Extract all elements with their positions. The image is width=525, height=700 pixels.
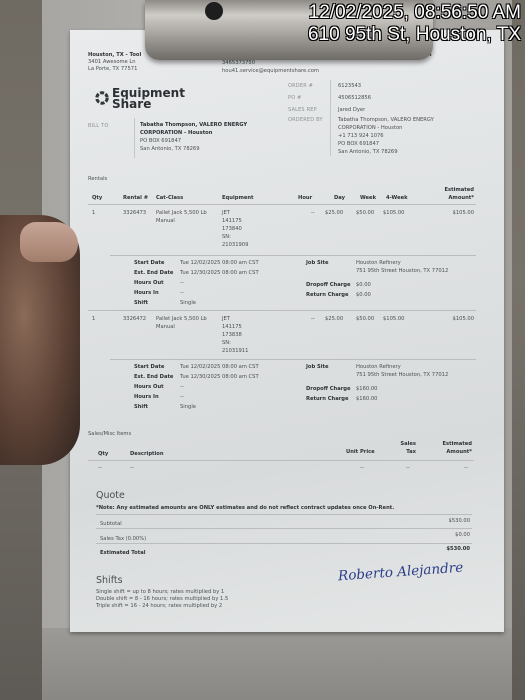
rental-equipment: 21031909 xyxy=(222,242,248,249)
col-sales-tax: Sales xyxy=(386,441,416,448)
end-date-label: Est. End Date xyxy=(134,374,173,381)
rental-equipment: 21031911 xyxy=(222,348,248,355)
hours-out-value: -- xyxy=(180,384,184,391)
shifts-title: Shifts xyxy=(96,575,123,586)
col-equipment: Equipment xyxy=(222,195,254,202)
gear-icon xyxy=(94,90,110,106)
col-rental-number: Rental # xyxy=(123,195,148,202)
start-date-label: Start Date xyxy=(134,364,164,371)
hours-out-value: -- xyxy=(180,280,184,287)
misc-unit-price: -- xyxy=(360,465,364,472)
misc-amount: -- xyxy=(464,465,468,472)
rental-amount: $105.00 xyxy=(430,210,474,217)
bill-to-label: BILL TO xyxy=(88,123,108,129)
dropoff-charge-label: Dropoff Charge xyxy=(306,282,351,289)
hours-in-value: -- xyxy=(180,290,184,297)
dropoff-charge-value: $160.00 xyxy=(356,386,377,393)
photo-timestamp: 12/02/2025, 08:56:50 AM xyxy=(308,2,521,24)
job-site-name: Houston Refinery xyxy=(356,260,401,267)
col-estimated-amount: Amount* xyxy=(430,195,474,202)
photo-location: 610 95th St, Houston, TX xyxy=(308,24,521,46)
start-date-label: Start Date xyxy=(134,260,164,267)
thumb xyxy=(20,222,78,262)
bill-to-address1: PO BOX 691847 xyxy=(140,138,181,145)
shift-rule: Single shift = up to 8 hours; rates mult… xyxy=(96,589,224,596)
hours-in-label: Hours In xyxy=(134,394,159,401)
sales-misc-section-title: Sales/Misc Items xyxy=(88,431,131,438)
branch-phone: 3465373750 xyxy=(222,60,255,67)
bill-to-name: Tabatha Thompson, VALERO ENERGY xyxy=(140,122,247,129)
rentals-section-title: Rentals xyxy=(88,176,107,183)
branch-email: hou41.service@equipmentshare.com xyxy=(222,68,319,75)
col-qty: Qty xyxy=(92,195,102,202)
shift-rule: Double shift = 8 - 16 hours; rates multi… xyxy=(96,596,228,603)
return-charge-label: Return Charge xyxy=(306,396,349,403)
shift-value: Single xyxy=(180,404,196,411)
subtotal-label: Subtotal xyxy=(100,521,122,528)
misc-description: -- xyxy=(130,465,134,472)
rental-week-rate: $50.00 xyxy=(356,316,374,323)
subtotal-value: $530.00 xyxy=(410,518,470,525)
po-label: PO # xyxy=(288,95,302,101)
order-number: 6123543 xyxy=(338,83,361,90)
job-site-name: Houston Refinery xyxy=(356,364,401,371)
branch-address1: 3401 Awesome Ln xyxy=(88,59,136,66)
rental-equipment: 141175 xyxy=(222,218,242,225)
col-estimated-amount: Amount* xyxy=(426,449,472,456)
col-estimated-amount: Estimated xyxy=(430,187,474,194)
rental-amount: $105.00 xyxy=(430,316,474,323)
rental-equipment: JET xyxy=(222,210,230,217)
quote-title: Quote xyxy=(96,490,125,501)
start-date-value: Tue 12/02/2025 08:00 am CST xyxy=(180,260,259,267)
rental-equipment: 173838 xyxy=(222,332,242,339)
rental-number: 3326472 xyxy=(123,316,146,323)
sales-tax-value: $0.00 xyxy=(410,532,470,539)
misc-qty: -- xyxy=(98,465,102,472)
estimated-total-label: Estimated Total xyxy=(100,550,145,557)
ordered-by-line: +1 713 924 1076 xyxy=(338,133,384,140)
shift-label: Shift xyxy=(134,404,148,411)
bill-to-name: CORPORATION - Houston xyxy=(140,130,212,137)
bill-to-address2: San Antonio, TX 78269 xyxy=(140,146,200,153)
rental-equipment: SN: xyxy=(222,234,231,241)
rental-equipment: 141175 xyxy=(222,324,242,331)
ordered-by-line: San Antonio, TX 78269 xyxy=(338,149,398,156)
misc-tax: -- xyxy=(406,465,410,472)
ordered-by-line: PO BOX 691847 xyxy=(338,141,379,148)
rental-hour-rate: -- xyxy=(311,210,315,217)
return-charge-value: $160.00 xyxy=(356,396,377,403)
rental-day-rate: $25.00 xyxy=(325,316,343,323)
rental-cat-class: Pallet Jack 5,500 Lb xyxy=(156,316,207,323)
col-estimated-amount: Estimated xyxy=(426,441,472,448)
col-4-week: 4-Week xyxy=(386,195,408,202)
ordered-by-line: Tabatha Thompson, VALERO ENERGY xyxy=(338,117,434,124)
start-date-value: Tue 12/02/2025 08:00 am CST xyxy=(180,364,259,371)
rental-4-week-rate: $105.00 xyxy=(383,316,404,323)
rental-hour-rate: -- xyxy=(311,316,315,323)
rental-cat-class: Manual xyxy=(156,218,175,225)
rental-day-rate: $25.00 xyxy=(325,210,343,217)
rental-qty: 1 xyxy=(92,210,95,217)
sales-rep-label: SALES REP xyxy=(288,107,317,113)
shift-label: Shift xyxy=(134,300,148,307)
col-hour: Hour xyxy=(298,195,312,202)
rental-cat-class: Pallet Jack 5,500 Lb xyxy=(156,210,207,217)
po-number: 4506512856 xyxy=(338,95,371,102)
shift-value: Single xyxy=(180,300,196,307)
job-site-label: Job Site xyxy=(306,260,329,267)
rental-number: 3326473 xyxy=(123,210,146,217)
clip-hole xyxy=(205,2,223,20)
ordered-by-label: ORDERED BY xyxy=(288,117,323,123)
col-description: Description xyxy=(130,451,164,458)
col-unit-price: Unit Price xyxy=(346,449,375,456)
photo-overlay: 12/02/2025, 08:56:50 AM 610 95th St, Hou… xyxy=(308,2,521,46)
hours-in-value: -- xyxy=(180,394,184,401)
estimated-total-value: $530.00 xyxy=(410,546,470,553)
col-week: Week xyxy=(360,195,376,202)
end-date-label: Est. End Date xyxy=(134,270,173,277)
ordered-by-line: CORPORATION - Houston xyxy=(338,125,402,132)
branch-address2: La Porte, TX 77571 xyxy=(88,66,137,73)
branch-name: Houston, TX - Tool xyxy=(88,52,141,59)
rental-equipment: JET xyxy=(222,316,230,323)
col-sales-tax: Tax xyxy=(386,449,416,456)
job-site-address: 751 95th Street Houston, TX 77012 xyxy=(356,268,448,275)
rental-qty: 1 xyxy=(92,316,95,323)
sales-tax-label: Sales Tax (0.00%) xyxy=(100,536,146,543)
rental-quote-document: Houston, TX - Tool 3401 Awesome Ln La Po… xyxy=(70,30,504,632)
clipboard-base xyxy=(42,628,512,700)
hours-out-label: Hours Out xyxy=(134,384,164,391)
quote-note: *Note: Any estimated amounts are ONLY es… xyxy=(96,505,394,512)
col-cat-class: Cat-Class xyxy=(156,195,183,202)
rental-4-week-rate: $105.00 xyxy=(383,210,404,217)
hours-out-label: Hours Out xyxy=(134,280,164,287)
col-qty: Qty xyxy=(98,451,108,458)
rental-equipment: 173840 xyxy=(222,226,242,233)
shift-rule: Triple shift = 16 - 24 hours; rates mult… xyxy=(96,603,222,610)
end-date-value: Tue 12/30/2025 08:00 am CST xyxy=(180,270,259,277)
rental-week-rate: $50.00 xyxy=(356,210,374,217)
return-charge-label: Return Charge xyxy=(306,292,349,299)
end-date-value: Tue 12/30/2025 08:00 am CST xyxy=(180,374,259,381)
rental-cat-class: Manual xyxy=(156,324,175,331)
return-charge-value: $0.00 xyxy=(356,292,371,299)
dropoff-charge-label: Dropoff Charge xyxy=(306,386,351,393)
logo-line2: Share xyxy=(112,99,151,110)
col-day: Day xyxy=(334,195,345,202)
rental-equipment: SN: xyxy=(222,340,231,347)
job-site-address: 751 95th Street Houston, TX 77012 xyxy=(356,372,448,379)
sales-rep-value: Jared Dyer xyxy=(338,107,365,114)
dropoff-charge-value: $0.00 xyxy=(356,282,371,289)
job-site-label: Job Site xyxy=(306,364,329,371)
order-label: ORDER # xyxy=(288,83,313,89)
hours-in-label: Hours In xyxy=(134,290,159,297)
